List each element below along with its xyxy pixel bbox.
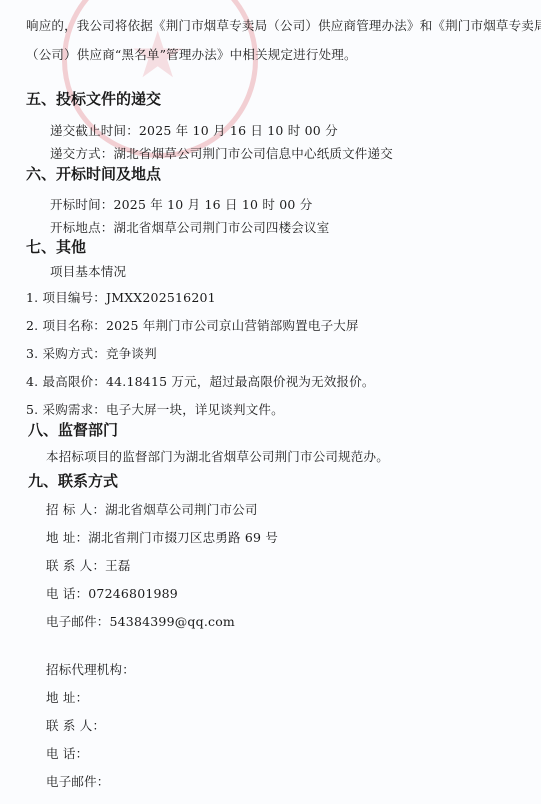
agency-address: 地 址： — [46, 688, 88, 706]
section-9-heading: 九、联系方式 — [28, 470, 118, 491]
tenderer-phone: 电 话：07246801989 — [46, 584, 178, 602]
tenderer-name: 招 标 人：湖北省烟草公司荆门市公司 — [46, 500, 258, 518]
submission-method: 递交方式：湖北省烟草公司荆门市公司信息中心纸质文件递交 — [50, 144, 393, 162]
agency-contact: 联 系 人： — [46, 716, 105, 734]
section-8-heading: 八、监督部门 — [28, 419, 118, 440]
project-item: 5. 采购需求：电子大屏一块，详见谈判文件。 — [26, 400, 284, 418]
tenderer-email: 电子邮件：54384399@qq.com — [46, 612, 235, 630]
opening-place: 开标地点：湖北省烟草公司荆门市公司四楼会议室 — [50, 218, 329, 236]
opening-time: 开标时间：2025 年 10 月 16 日 10 时 00 分 — [50, 195, 312, 213]
agency-phone: 电 话： — [46, 744, 88, 762]
project-item: 4. 最高限价：44.18415 万元，超过最高限价视为无效报价。 — [26, 372, 375, 390]
section-5-heading: 五、投标文件的递交 — [26, 88, 161, 109]
tenderer-address: 地 址：湖北省荆门市掇刀区忠勇路 69 号 — [46, 528, 278, 546]
section-7-heading: 七、其他 — [26, 236, 86, 257]
submission-deadline: 递交截止时间：2025 年 10 月 16 日 10 时 00 分 — [50, 121, 338, 139]
agency-title: 招标代理机构： — [46, 660, 135, 678]
document-page: 响应的，我公司将依据《荆门市烟草专卖局（公司）供应商管理办法》和《荆门市烟草专卖… — [0, 0, 541, 804]
intro-line-2: （公司）供应商“黑名单”管理办法》中相关规定进行处理。 — [26, 45, 357, 63]
supervision-text: 本招标项目的监督部门为湖北省烟草公司荆门市公司规范办。 — [46, 447, 389, 465]
section-6-heading: 六、开标时间及地点 — [26, 163, 161, 184]
project-item: 3. 采购方式：竞争谈判 — [26, 344, 157, 362]
tenderer-contact: 联 系 人：王磊 — [46, 556, 131, 574]
project-basic-info-subheading: 项目基本情况 — [50, 262, 126, 280]
project-item: 2. 项目名称：2025 年荆门市公司京山营销部购置电子大屏 — [26, 316, 359, 334]
agency-email: 电子邮件： — [46, 772, 110, 790]
project-item: 1. 项目编号：JMXX202516201 — [26, 288, 216, 306]
intro-line-1: 响应的，我公司将依据《荆门市烟草专卖局（公司）供应商管理办法》和《荆门市烟草专卖… — [26, 16, 541, 34]
